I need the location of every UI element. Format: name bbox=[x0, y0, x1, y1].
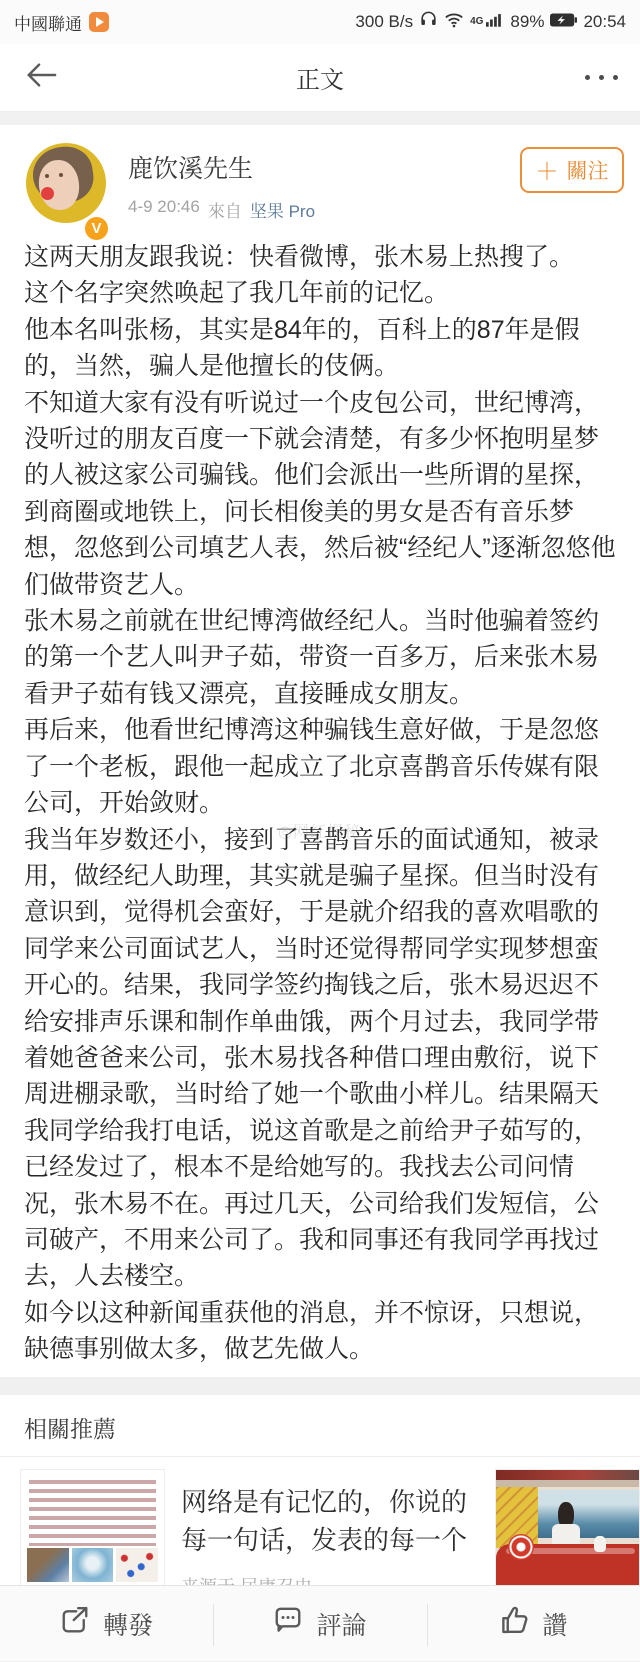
divider bbox=[427, 1604, 428, 1646]
related-cards-row: 网络是有记忆的，你说的每一句话，发表的每一个评论... 来源于 居庸召史 bbox=[0, 1457, 640, 1585]
like-button[interactable]: 讚 bbox=[427, 1586, 640, 1661]
divider bbox=[213, 1604, 214, 1646]
status-right: 300 B/s 4G bbox=[355, 10, 626, 34]
comment-label: 評論 bbox=[316, 1606, 366, 1642]
post-body-wrap: 这两天朋友跟我说：快看微博，张木易上热搜了。 这个名字突然唤起了我几年前的记忆。… bbox=[0, 237, 640, 1377]
like-label: 讚 bbox=[542, 1606, 567, 1642]
signal-bars-icon bbox=[486, 11, 504, 33]
plus-icon: ＋ bbox=[536, 153, 559, 186]
repost-icon bbox=[60, 1605, 90, 1642]
thumbnail-images-strip bbox=[27, 1548, 158, 1582]
username[interactable]: 鹿饮溪先生 bbox=[128, 149, 315, 185]
avatar-red-cheek bbox=[41, 187, 54, 200]
headset-icon bbox=[419, 10, 438, 34]
related-card[interactable]: 网络是有记忆的，你说的每一句话，发表的每一个评论... 来源于 居庸召史 bbox=[181, 1469, 479, 1585]
follow-button[interactable]: ＋ 關注 bbox=[520, 147, 624, 193]
screen: 中國聯通 300 B/s 4G bbox=[0, 0, 640, 1662]
repost-label: 轉發 bbox=[103, 1606, 153, 1642]
post-header: V 鹿饮溪先生 4-9 20:46 來自 坚果 Pro ＋ 關注 bbox=[0, 125, 640, 237]
carrier-label: 中國聯通 bbox=[14, 10, 82, 35]
status-bar: 中國聯通 300 B/s 4G bbox=[0, 0, 640, 44]
repost-button[interactable]: 轉發 bbox=[0, 1586, 213, 1661]
follow-label: 關注 bbox=[567, 155, 609, 185]
clock-time: 20:54 bbox=[583, 12, 626, 32]
comment-icon bbox=[273, 1605, 303, 1642]
carrier-play-badge-icon bbox=[89, 12, 109, 32]
status-left: 中國聯通 bbox=[14, 10, 109, 35]
post-body-text: 这两天朋友跟我说：快看微博，张木易上热搜了。 这个名字突然唤起了我几年前的记忆。… bbox=[0, 237, 640, 1368]
related-card-title[interactable]: 网络是有记忆的，你说的每一句话，发表的每一个评论... bbox=[181, 1483, 479, 1561]
tiny-text-lines bbox=[29, 1480, 156, 1546]
battery-percent: 89% bbox=[510, 12, 544, 32]
post-card: V 鹿饮溪先生 4-9 20:46 來自 坚果 Pro ＋ 關注 这两天朋友跟我… bbox=[0, 125, 640, 1377]
tv-news-studio-thumbnail[interactable] bbox=[495, 1469, 640, 1585]
related-heading: 相關推薦 bbox=[0, 1395, 640, 1456]
nav-bar: 正文 bbox=[0, 44, 640, 112]
article-screenshot-thumbnail[interactable] bbox=[20, 1469, 165, 1585]
action-toolbar: 轉發 評論 讚 bbox=[0, 1585, 640, 1661]
divider bbox=[0, 112, 640, 125]
net-speed: 300 B/s bbox=[355, 12, 413, 32]
battery-icon bbox=[550, 12, 577, 32]
back-button[interactable] bbox=[22, 59, 60, 96]
related-section: 相關推薦 网络是有记忆的，你说的每一句话，发表的每一个评论... 来源于 居庸召… bbox=[0, 1395, 640, 1585]
network-type-label: 4G bbox=[470, 16, 483, 27]
page-title: 正文 bbox=[0, 60, 640, 95]
watermark: ◎网红揭秘 bbox=[278, 819, 361, 842]
comment-button[interactable]: 評論 bbox=[213, 1586, 426, 1661]
avatar[interactable] bbox=[26, 143, 106, 223]
section-divider bbox=[0, 1377, 640, 1395]
source-prefix: 來自 bbox=[208, 197, 242, 222]
related-card-source: 来源于 居庸召史 bbox=[181, 1573, 479, 1585]
wifi-icon bbox=[444, 11, 464, 33]
post-time: 4-9 20:46 bbox=[128, 197, 200, 222]
like-thumbs-up-icon bbox=[499, 1605, 529, 1642]
source-device-link[interactable]: 坚果 Pro bbox=[250, 197, 315, 222]
